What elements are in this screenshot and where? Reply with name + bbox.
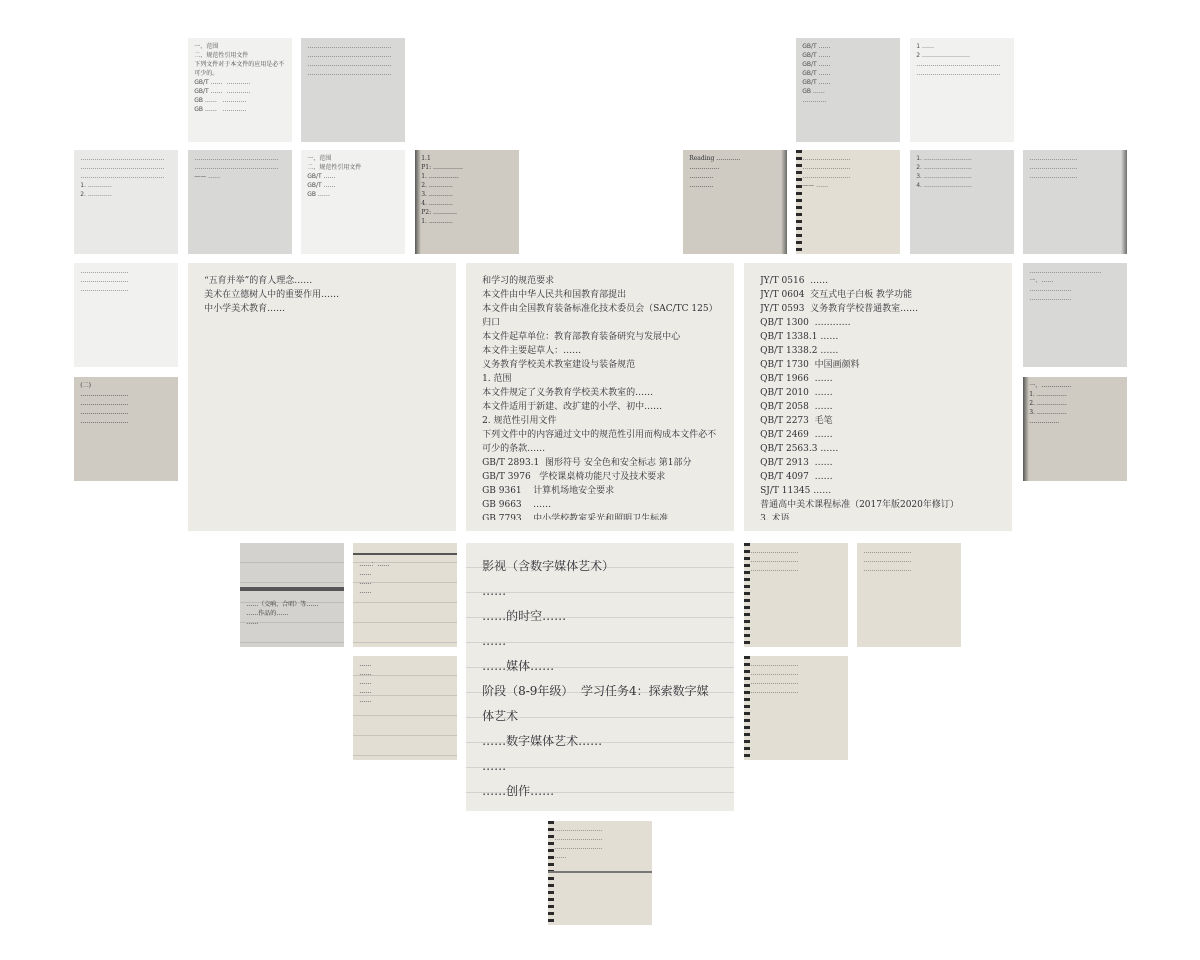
handwritten-page-tile[interactable]: “五育并举”的育人理念…… 美术在立德树人中的重要作用…… 中小学美术教育…… <box>188 263 456 531</box>
tile-text: …………………………………… …………………………………… …………………………… <box>307 42 400 138</box>
tile-text: 1.1 P1: …………… 1. …………… 2. ………… 3. ………… 4… <box>421 154 514 250</box>
document-photo-tile[interactable]: …………………… …………………… …………………… <box>1023 150 1127 254</box>
notebook-photo-tile[interactable]: ……（交响、合唱）等…… ……作品的…… …… <box>240 543 344 647</box>
tile-text: …………………… …………………… …………………… …………………… <box>750 660 843 756</box>
notebook-photo-tile[interactable]: (二) …………………… …………………… …………………… …………………… <box>74 377 178 481</box>
tile-text: 1 …… 2 …………………… …………………………………… ………………………… <box>916 42 1009 138</box>
document-photo-tile[interactable]: …………………… …………………… …………………… <box>74 263 178 367</box>
notebook-photo-tile[interactable]: 一、…………… 1. …………… 2. …………… 3. …………… …………… <box>1023 377 1127 481</box>
tile-text: …………………… …………………… …………………… <box>863 547 956 643</box>
notebook-edge <box>240 587 344 591</box>
document-photo-tile[interactable]: GB/T …… GB/T …… GB/T …… GB/T …… GB/T …… … <box>796 38 900 142</box>
document-photo-tile[interactable]: 一、范围 二、规范性引用文件 GB/T …… GB/T …… GB …… <box>301 150 405 254</box>
tile-text: …………………………………… …………………………………… —— …… <box>194 154 287 250</box>
tile-text: ……（交响、合唱）等…… ……作品的…… …… <box>246 600 339 643</box>
tile-text: …………………… …………………… …………………… <box>1029 154 1122 250</box>
tile-text: GB/T …… GB/T …… GB/T …… GB/T …… GB/T …… … <box>802 42 895 138</box>
tile-text: “五育并举”的育人理念…… 美术在立德树人中的重要作用…… 中小学美术教育…… <box>204 274 443 521</box>
tile-text: …………………… …………………… …………………… …… <box>554 825 647 921</box>
tile-text: JY/T 0516 …… JY/T 0604 交互式电子白板 教学功能 JY/T… <box>760 274 999 521</box>
notebook-photo-tile[interactable]: 1.1 P1: …………… 1. …………… 2. ………… 3. ………… 4… <box>415 150 519 254</box>
tile-text: 一、范围 二、规范性引用文件 下列文件对于本文件的应用是必不可少的。 GB/T … <box>194 42 287 138</box>
notebook-photo-tile[interactable]: …………………… …………………… …………………… …………………… <box>744 656 848 760</box>
notebook-photo-tile[interactable]: …………………… …………………… …………………… <box>744 543 848 647</box>
document-photo-tile[interactable]: 1. …………………… 2. …………………… 3. …………………… 4. …… <box>910 150 1014 254</box>
notebook-photo-tile[interactable]: …………………… …………………… …………………… —— …… <box>796 150 900 254</box>
notebook-photo-tile[interactable]: …… …… …… …… …… <box>353 656 457 760</box>
tile-text: 一、…………… 1. …………… 2. …………… 3. …………… …………… <box>1029 381 1122 477</box>
notebook-photo-tile[interactable]: …………………… …………………… …………………… <box>857 543 961 647</box>
tile-text: …………………… …………………… …………………… <box>80 267 173 363</box>
notebook-photo-tile[interactable]: …………………… …………………… …………………… …… <box>548 821 652 925</box>
tile-text: 影视（含数字媒体艺术） …… ……的时空…… …… ……媒体…… 阶段（8-9年… <box>482 554 721 801</box>
handwritten-page-tile[interactable]: JY/T 0516 …… JY/T 0604 交互式电子白板 教学功能 JY/T… <box>744 263 1012 531</box>
document-photo-tile[interactable]: …………………………………… …………………………………… …………………………… <box>301 38 405 142</box>
tile-text: Reading ………… …………… ………… ………… <box>689 154 782 250</box>
handwritten-page-tile[interactable]: 影视（含数字媒体艺术） …… ……的时空…… …… ……媒体…… 阶段（8-9年… <box>466 543 734 811</box>
notebook-photo-tile[interactable]: Reading ………… …………… ………… ………… <box>683 150 787 254</box>
document-photo-tile[interactable]: 一、范围 二、规范性引用文件 下列文件对于本文件的应用是必不可少的。 GB/T … <box>188 38 292 142</box>
tile-text: 和学习的规范要求 本文件由中华人民共和国教育部提出 本文件由全国教育装备标准化技… <box>482 274 721 521</box>
tile-text: …………………………………… …………………………………… …………………………… <box>80 154 173 250</box>
notebook-edge <box>353 553 457 555</box>
tile-text: …………………… …………………… …………………… —— …… <box>802 154 895 250</box>
tile-text: ……………………………… 一、…… ………………… ………………… <box>1029 267 1122 363</box>
tile-text: ……：…… …… …… …… <box>359 560 452 643</box>
tile-text: 1. …………………… 2. …………………… 3. …………………… 4. …… <box>916 154 1009 250</box>
document-photo-tile[interactable]: …………………………………… …………………………………… …………………………… <box>74 150 178 254</box>
tile-text: …… …… …… …… …… <box>359 660 452 756</box>
notebook-photo-tile[interactable]: ……：…… …… …… …… <box>353 543 457 647</box>
tile-text: 一、范围 二、规范性引用文件 GB/T …… GB/T …… GB …… <box>307 154 400 250</box>
handwritten-page-tile[interactable]: 和学习的规范要求 本文件由中华人民共和国教育部提出 本文件由全国教育装备标准化技… <box>466 263 734 531</box>
document-photo-tile[interactable]: 1 …… 2 …………………… …………………………………… ………………………… <box>910 38 1014 142</box>
document-photo-tile[interactable]: …………………………………… …………………………………… —— …… <box>188 150 292 254</box>
document-photo-tile[interactable]: ……………………………… 一、…… ………………… ………………… <box>1023 263 1127 367</box>
tile-text: (二) …………………… …………………… …………………… …………………… <box>80 381 173 477</box>
tile-text: …………………… …………………… …………………… <box>750 547 843 643</box>
